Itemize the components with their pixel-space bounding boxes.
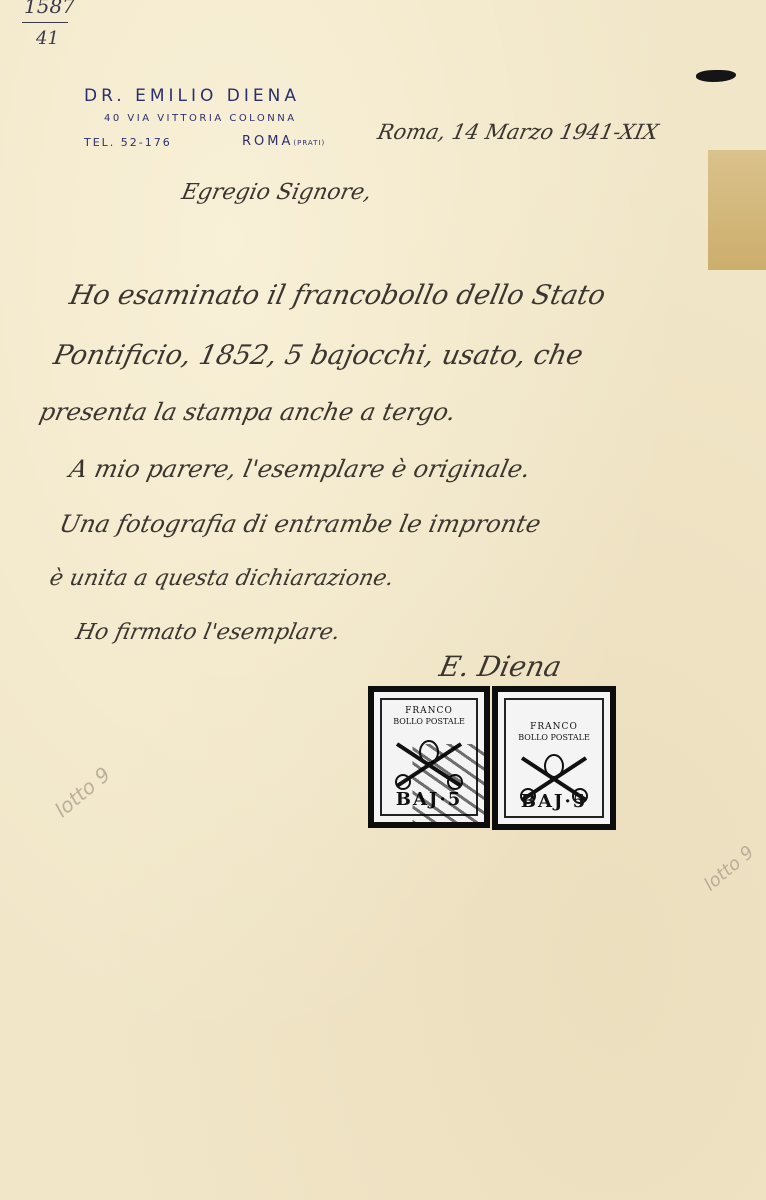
salutation: Egregio Signore,: [179, 180, 373, 205]
archive-number-numerator: 1587: [24, 0, 75, 18]
stamp-mid-text: BOLLO POSTALE: [506, 733, 602, 742]
letterhead-city-name: ROMA: [242, 134, 293, 149]
stamp-top-text: FRANCO: [506, 722, 602, 732]
letterhead-address: 40 VIA VITTORIA COLONNA: [104, 113, 297, 124]
body-line: Ho esaminato il francobollo dello Stato: [67, 280, 609, 311]
body-line: Pontificio, 1852, 5 bajocchi, usato, che: [51, 340, 586, 371]
stamp-mid-text: BOLLO POSTALE: [382, 717, 476, 726]
stamp-photo-back: FRANCO BOLLO POSTALE BAJ·5: [492, 686, 616, 830]
stamp-value: BAJ·5: [506, 791, 602, 812]
place-date: Roma, 14 Marzo 1941-XIX: [375, 120, 660, 144]
letterhead-district: (PRATI): [293, 139, 325, 147]
pencil-note: lotto 9: [50, 762, 115, 822]
pencil-note: lotto 9: [700, 842, 758, 896]
body-line: è unita a questa dichiarazione.: [47, 566, 396, 591]
stamp-frame: FRANCO BOLLO POSTALE BAJ·5: [504, 698, 604, 818]
archive-number-divider: [22, 22, 68, 23]
archive-number-denominator: 41: [36, 28, 59, 49]
stamp-photo-front: FRANCO BOLLO POSTALE BAJ·5: [368, 686, 490, 828]
letterhead-telephone: TEL. 52-176: [84, 136, 172, 149]
signature: E. Diena: [436, 650, 564, 683]
body-line: Una fotografia di entrambe le impronte: [57, 510, 543, 538]
ink-blot: [696, 70, 736, 82]
letterhead-city: ROMA(PRATI): [242, 134, 325, 149]
adhesive-tape-residue: [708, 150, 766, 270]
stamp-top-text: FRANCO: [382, 706, 476, 716]
body-line: A mio parere, l'esemplare è originale.: [67, 455, 533, 483]
letterhead-name: DR. EMILIO DIENA: [84, 86, 300, 106]
body-line: Ho firmato l'esemplare.: [73, 620, 342, 645]
body-line: presenta la stampa anche a tergo.: [37, 398, 458, 426]
